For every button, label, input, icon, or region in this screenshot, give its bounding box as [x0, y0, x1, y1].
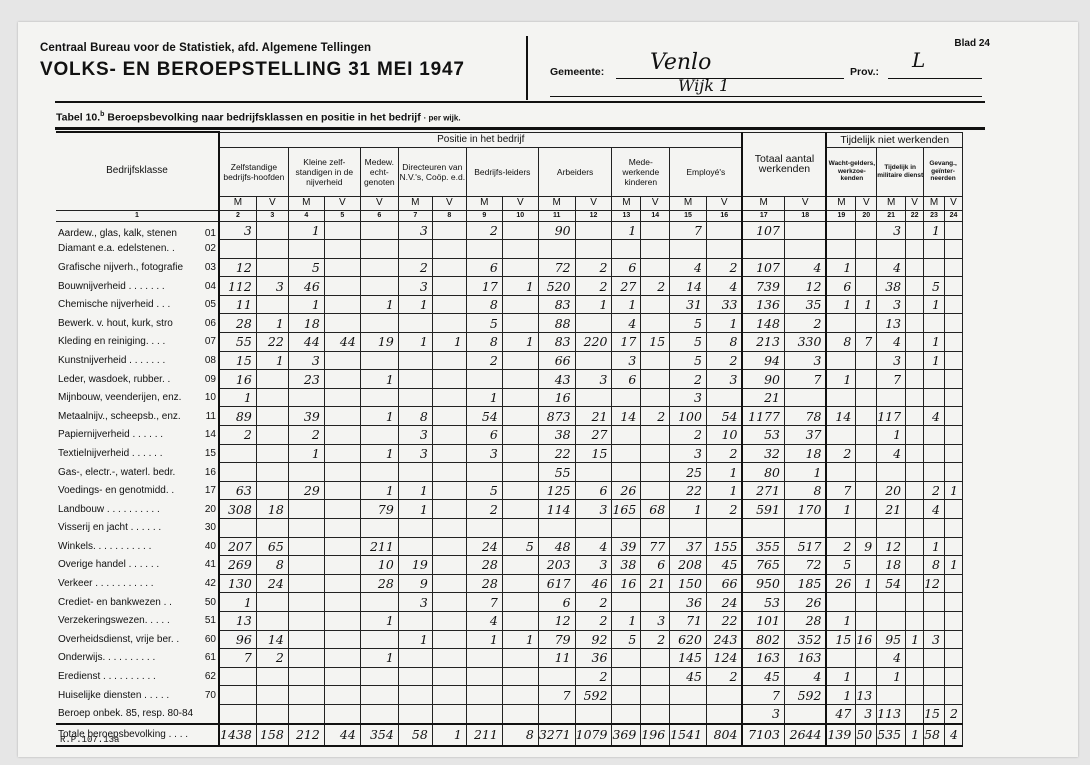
data-cell: 4 [575, 537, 612, 556]
data-cell [360, 277, 398, 296]
data-cell [877, 611, 906, 630]
data-cell: 330 [784, 333, 826, 352]
data-cell [256, 221, 288, 240]
data-cell [906, 426, 924, 445]
data-cell: 2 [826, 444, 855, 463]
table-top-rule [55, 127, 985, 130]
data-cell: 28 [360, 574, 398, 593]
data-cell: 1177 [742, 407, 784, 426]
data-cell: 7 [538, 686, 575, 705]
data-cell: 1 [924, 221, 945, 240]
sex-column-header: V [784, 196, 826, 210]
table-row: Gas-, electr.-, waterl. bedr.1655251801 [56, 463, 963, 482]
data-cell [288, 667, 324, 686]
row-label: Metaalnijv., scheepsb., enz.11 [56, 407, 219, 426]
data-cell [856, 351, 877, 370]
industry-code: 09 [205, 374, 218, 385]
data-cell: 5 [466, 314, 502, 333]
data-cell: 1 [360, 611, 398, 630]
data-cell: 3 [575, 370, 612, 389]
row-label: Kleding en reiniging. . . .07 [56, 333, 219, 352]
form-code: R.P.107.13a [60, 735, 119, 745]
data-cell [706, 240, 742, 259]
data-cell [641, 314, 670, 333]
data-cell: 113 [877, 704, 906, 723]
industry-code: 07 [205, 336, 218, 347]
data-cell: 20 [877, 481, 906, 500]
data-cell [856, 463, 877, 482]
data-cell [324, 611, 360, 630]
data-cell: 125 [538, 481, 575, 500]
data-cell [906, 649, 924, 668]
data-cell [856, 407, 877, 426]
industry-name: Grafische nijverh., fotografie [58, 262, 183, 273]
data-cell [502, 556, 538, 575]
data-cell: 1 [924, 295, 945, 314]
industry-name: Overige handel . . . . . . [58, 559, 159, 570]
row-label: Papiernijverheid . . . . . .14 [56, 426, 219, 445]
data-cell: 18 [877, 556, 906, 575]
data-cell: 117 [877, 407, 906, 426]
data-cell: 112 [219, 277, 256, 296]
data-cell [924, 240, 945, 259]
data-cell: 11 [219, 295, 256, 314]
table-suffix: · per wijk. [424, 114, 461, 123]
data-cell: 89 [219, 407, 256, 426]
data-cell [945, 463, 963, 482]
data-cell [945, 277, 963, 296]
data-cell: 78 [784, 407, 826, 426]
row-label: Landbouw . . . . . . . . . .20 [56, 500, 219, 519]
data-cell: 79 [360, 500, 398, 519]
data-cell [432, 667, 466, 686]
row-label: Overheidsdienst, vrije ber. .60 [56, 630, 219, 649]
data-cell: 1 [906, 630, 924, 649]
data-cell [256, 519, 288, 538]
data-cell: 873 [538, 407, 575, 426]
data-cell: 12 [219, 258, 256, 277]
table-row: Landbouw . . . . . . . . . .203081879121… [56, 500, 963, 519]
data-cell [324, 704, 360, 723]
industry-name: Bouwnijverheid . . . . . . . [58, 281, 165, 292]
data-cell: 24 [466, 537, 502, 556]
location-header: Blad 24 Gemeente: Venlo Prov.: L Wijk 1 [550, 38, 990, 108]
data-cell [877, 463, 906, 482]
data-cell: 1 [466, 388, 502, 407]
data-cell: 3 [219, 221, 256, 240]
data-cell [612, 704, 641, 723]
data-cell: 8 [256, 556, 288, 575]
data-cell [256, 370, 288, 389]
data-cell: 66 [538, 351, 575, 370]
industry-code: 14 [205, 429, 218, 440]
data-cell: 88 [538, 314, 575, 333]
industry-name: Overheidsdienst, vrije ber. . [58, 634, 179, 645]
data-cell: 15 [641, 333, 670, 352]
column-number: 11 [538, 210, 575, 221]
data-cell: 71 [670, 611, 707, 630]
data-cell: 2 [575, 611, 612, 630]
data-cell: 43 [538, 370, 575, 389]
data-cell: 3 [398, 593, 432, 612]
industry-code: 10 [205, 392, 218, 403]
data-cell [360, 314, 398, 333]
industry-name: Kunstnijverheid . . . . . . . [58, 355, 165, 366]
data-cell: 8 [398, 407, 432, 426]
organisation-name: Centraal Bureau voor de Statistiek, afd.… [40, 42, 465, 54]
data-cell [502, 500, 538, 519]
data-cell: 4 [784, 667, 826, 686]
data-cell [502, 407, 538, 426]
industry-name: Leder, wasdoek, rubber. . [58, 374, 170, 385]
row-label: Bewerk. v. hout, kurk, stro06 [56, 314, 219, 333]
data-cell [288, 593, 324, 612]
data-cell: 1 [924, 333, 945, 352]
data-cell [432, 704, 466, 723]
data-cell [466, 370, 502, 389]
province-value: L [912, 48, 925, 72]
data-cell [641, 258, 670, 277]
total-row: Totale beroepsbevolking . . . .143815821… [56, 724, 963, 746]
data-cell [324, 351, 360, 370]
data-cell: 101 [742, 611, 784, 630]
subgroup-header: Directeuren van N.V.'s, Coöp. e.d. [398, 147, 466, 196]
header-rule [55, 101, 985, 103]
data-cell [856, 519, 877, 538]
industry-code: 51 [205, 615, 218, 626]
data-cell: 6 [612, 258, 641, 277]
data-cell [856, 388, 877, 407]
data-cell [945, 686, 963, 705]
column-number: 3 [256, 210, 288, 221]
data-cell [432, 481, 466, 500]
data-cell [906, 258, 924, 277]
subgroup-header: Tijdelijk in militaire dienst [877, 147, 924, 196]
data-cell [256, 426, 288, 445]
data-cell: 21 [742, 388, 784, 407]
industry-code: 02 [205, 243, 218, 254]
data-cell: 90 [742, 370, 784, 389]
data-cell: 107 [742, 221, 784, 240]
sex-column-header: M [538, 196, 575, 210]
data-cell [826, 351, 855, 370]
sex-column-header: M [670, 196, 707, 210]
data-cell: 18 [256, 500, 288, 519]
data-cell: 5 [670, 351, 707, 370]
table-row: Winkels. . . . . . . . . . .402076521124… [56, 537, 963, 556]
data-cell: 1 [256, 351, 288, 370]
sex-column-header: M [742, 196, 784, 210]
data-cell [466, 240, 502, 259]
table-row: Eredienst . . . . . . . . . .62245245411 [56, 667, 963, 686]
total-cell: 1438 [219, 724, 256, 746]
data-cell: 10 [706, 426, 742, 445]
data-cell: 5 [670, 333, 707, 352]
total-cell: 58 [924, 724, 945, 746]
data-cell: 3 [856, 704, 877, 723]
data-cell [538, 240, 575, 259]
data-cell: 7 [784, 370, 826, 389]
data-cell [641, 519, 670, 538]
data-cell: 1 [612, 295, 641, 314]
data-cell: 1 [877, 667, 906, 686]
data-cell [906, 333, 924, 352]
data-cell [360, 686, 398, 705]
data-cell: 2 [945, 704, 963, 723]
data-cell: 355 [742, 537, 784, 556]
data-cell [612, 667, 641, 686]
data-cell [256, 240, 288, 259]
data-cell: 1 [856, 295, 877, 314]
group-header-tijdelijk: Tijdelijk niet werkenden [826, 132, 962, 147]
data-cell [398, 388, 432, 407]
data-cell [398, 314, 432, 333]
sex-column-header: M [398, 196, 432, 210]
table-row: Bouwnijverheid . . . . . . .041123463171… [56, 277, 963, 296]
data-cell: 617 [538, 574, 575, 593]
total-cell: 212 [288, 724, 324, 746]
data-cell [502, 351, 538, 370]
data-cell: 83 [538, 295, 575, 314]
data-cell [906, 444, 924, 463]
data-cell [641, 667, 670, 686]
data-cell: 2 [784, 314, 826, 333]
table-row: Chemische nijverheid . . .05111118831131… [56, 295, 963, 314]
table-row: Visserij en jacht . . . . . .30 [56, 519, 963, 538]
header-divider [526, 36, 528, 100]
data-cell [324, 593, 360, 612]
data-cell: 95 [877, 630, 906, 649]
data-cell: 1 [398, 500, 432, 519]
data-cell: 44 [288, 333, 324, 352]
data-cell: 55 [219, 333, 256, 352]
data-cell [502, 574, 538, 593]
data-cell [288, 574, 324, 593]
total-cell: 7103 [742, 724, 784, 746]
data-cell: 26 [826, 574, 855, 593]
table-row: Voedings- en genotmidd. .176329115125626… [56, 481, 963, 500]
data-cell: 2 [575, 277, 612, 296]
data-cell: 1 [502, 277, 538, 296]
data-cell: 16 [538, 388, 575, 407]
industry-code: 04 [205, 281, 218, 292]
data-cell [924, 611, 945, 630]
data-cell: 44 [324, 333, 360, 352]
gemeente-line [616, 78, 844, 79]
data-cell [641, 686, 670, 705]
data-cell: 5 [612, 630, 641, 649]
data-cell: 1 [288, 221, 324, 240]
data-cell [502, 258, 538, 277]
data-cell [324, 370, 360, 389]
data-cell [324, 258, 360, 277]
data-cell: 4 [706, 277, 742, 296]
data-cell [288, 500, 324, 519]
industry-name: Diamant e.a. edelstenen. . [58, 243, 175, 254]
data-cell: 9 [856, 537, 877, 556]
data-cell: 7 [826, 481, 855, 500]
data-cell [432, 351, 466, 370]
column-number: 21 [877, 210, 906, 221]
row-label: Gas-, electr.-, waterl. bedr.16 [56, 463, 219, 482]
data-cell [924, 258, 945, 277]
data-cell [856, 611, 877, 630]
data-cell [432, 593, 466, 612]
data-cell: 185 [784, 574, 826, 593]
data-cell [324, 407, 360, 426]
data-cell [877, 240, 906, 259]
column-number: 2 [219, 210, 256, 221]
data-cell [641, 649, 670, 668]
data-cell: 1 [924, 351, 945, 370]
data-cell: 1 [575, 295, 612, 314]
data-cell [324, 314, 360, 333]
data-cell [324, 519, 360, 538]
data-cell: 7 [670, 221, 707, 240]
data-cell: 12 [784, 277, 826, 296]
data-cell: 7 [466, 593, 502, 612]
data-cell: 2 [670, 426, 707, 445]
data-cell [256, 667, 288, 686]
data-cell [670, 519, 707, 538]
data-cell: 2 [641, 407, 670, 426]
data-cell [906, 500, 924, 519]
data-cell: 14 [256, 630, 288, 649]
data-cell [324, 649, 360, 668]
data-cell: 3 [706, 370, 742, 389]
data-cell [360, 240, 398, 259]
data-cell [502, 388, 538, 407]
industry-name: Papiernijverheid . . . . . . [58, 429, 163, 440]
data-cell [612, 649, 641, 668]
table-row: Overige handel . . . . . .41269810192820… [56, 556, 963, 575]
industry-name: Onderwijs. . . . . . . . . . [58, 652, 155, 663]
data-cell: 22 [670, 481, 707, 500]
data-cell: 9 [398, 574, 432, 593]
industry-code: 30 [205, 522, 218, 533]
province-label: Prov.: [850, 66, 879, 78]
data-cell [706, 519, 742, 538]
data-cell [256, 704, 288, 723]
data-cell: 950 [742, 574, 784, 593]
industry-name: Chemische nijverheid . . . [58, 299, 170, 310]
data-cell [856, 240, 877, 259]
sex-column-header: M [466, 196, 502, 210]
data-cell: 54 [877, 574, 906, 593]
data-cell: 107 [742, 258, 784, 277]
data-cell [360, 463, 398, 482]
data-cell: 1 [826, 258, 855, 277]
data-cell [856, 593, 877, 612]
data-cell: 3 [924, 630, 945, 649]
data-cell: 15 [219, 351, 256, 370]
data-cell [256, 407, 288, 426]
industry-name: Gas-, electr.-, waterl. bedr. [58, 467, 175, 478]
data-cell [924, 686, 945, 705]
column-number: 10 [502, 210, 538, 221]
data-cell: 3 [466, 444, 502, 463]
data-cell: 1 [398, 295, 432, 314]
subgroup-header: Wacht-gelders, werkzoe-kenden [826, 147, 876, 196]
data-cell [924, 593, 945, 612]
data-cell [360, 667, 398, 686]
row-label: Winkels. . . . . . . . . . .40 [56, 537, 219, 556]
data-cell [398, 351, 432, 370]
table-row: Beroep onbek. 85, resp. 80-843473113152 [56, 704, 963, 723]
data-cell [219, 686, 256, 705]
data-cell [945, 388, 963, 407]
industry-name: Bewerk. v. hout, kurk, stro [58, 318, 173, 329]
data-cell [324, 574, 360, 593]
data-cell: 2 [466, 351, 502, 370]
data-cell [706, 388, 742, 407]
data-cell [945, 258, 963, 277]
data-cell: 100 [670, 407, 707, 426]
data-cell [360, 704, 398, 723]
data-cell [360, 519, 398, 538]
data-cell [924, 444, 945, 463]
row-label: Onderwijs. . . . . . . . . .61 [56, 649, 219, 668]
row-label: Visserij en jacht . . . . . .30 [56, 519, 219, 538]
data-cell: 1 [360, 295, 398, 314]
data-cell [906, 407, 924, 426]
data-cell [575, 351, 612, 370]
data-cell [906, 388, 924, 407]
data-cell: 21 [641, 574, 670, 593]
data-cell: 16 [219, 370, 256, 389]
data-cell: 1 [502, 333, 538, 352]
column-number: 20 [856, 210, 877, 221]
data-cell [945, 649, 963, 668]
row-label: Grafische nijverh., fotografie03 [56, 258, 219, 277]
data-cell: 46 [288, 277, 324, 296]
data-cell: 22 [256, 333, 288, 352]
row-label: Leder, wasdoek, rubber. .09 [56, 370, 219, 389]
row-label: Beroep onbek. 85, resp. 80-84 [56, 704, 219, 723]
row-label: Diamant e.a. edelstenen. .02 [56, 240, 219, 259]
data-cell: 269 [219, 556, 256, 575]
column-number: 14 [641, 210, 670, 221]
data-cell: 2 [670, 370, 707, 389]
data-cell [432, 556, 466, 575]
data-cell: 18 [784, 444, 826, 463]
data-cell: 591 [742, 500, 784, 519]
data-cell: 54 [706, 407, 742, 426]
data-cell: 207 [219, 537, 256, 556]
industry-name: Aardew., glas, kalk, stenen [58, 228, 177, 239]
data-cell [502, 370, 538, 389]
column-number: 8 [432, 210, 466, 221]
data-cell: 7 [856, 333, 877, 352]
data-cell [324, 277, 360, 296]
form-header: Centraal Bureau voor de Statistiek, afd.… [40, 42, 465, 81]
data-cell: 4 [877, 333, 906, 352]
data-cell: 5 [924, 277, 945, 296]
data-cell: 38 [877, 277, 906, 296]
data-cell: 28 [784, 611, 826, 630]
data-cell [432, 630, 466, 649]
data-cell: 96 [219, 630, 256, 649]
sex-column-header: M [219, 196, 256, 210]
industry-code: 41 [205, 559, 218, 570]
data-cell [502, 704, 538, 723]
subgroup-header: Arbeiders [538, 147, 612, 196]
data-cell: 3 [398, 277, 432, 296]
row-label: Overige handel . . . . . .41 [56, 556, 219, 575]
sex-column-header: V [945, 196, 963, 210]
industry-code: 17 [205, 485, 218, 496]
sex-column-header: V [256, 196, 288, 210]
